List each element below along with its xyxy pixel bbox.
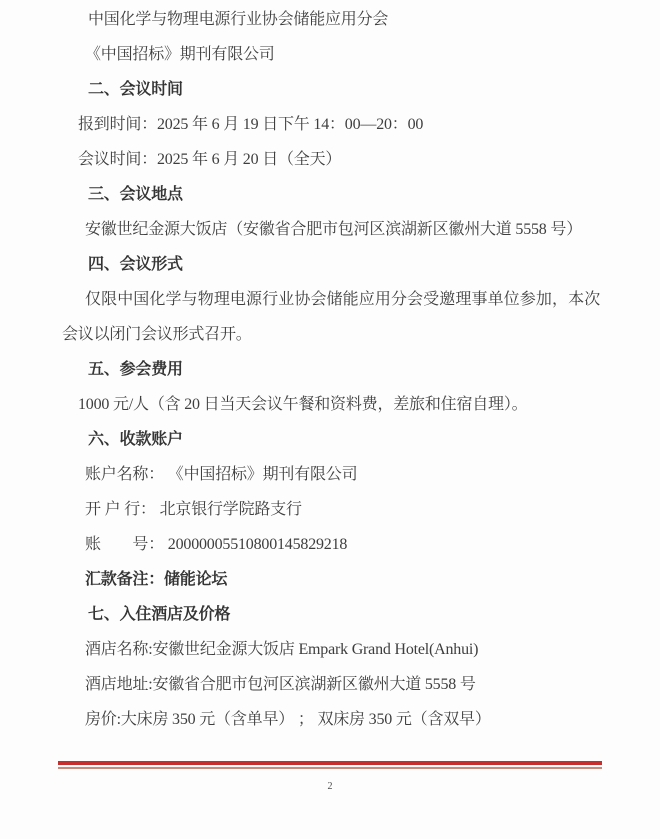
venue-address-line: 安徽世纪金源大饭店（安徽省合肥市包河区滨湖新区徽州大道 5558 号）	[62, 212, 600, 247]
meeting-time-line: 会议时间：2025 年 6 月 20 日（全天）	[62, 142, 600, 177]
footer-divider	[58, 761, 602, 769]
account-name-line: 账户名称： 《中国招标》期刊有限公司	[62, 457, 600, 492]
section-heading-meeting-time: 二、会议时间	[62, 72, 600, 107]
section-heading-payment-account: 六、收款账户	[62, 422, 600, 457]
section-heading-fee: 五、参会费用	[62, 352, 600, 387]
document-body: 中国化学与物理电源行业协会储能应用分会 《中国招标》期刊有限公司 二、会议时间 …	[62, 2, 600, 737]
checkin-time-line: 报到时间：2025 年 6 月 19 日下午 14：00—20：00	[62, 107, 600, 142]
bank-branch-line: 开 户 行： 北京银行学院路支行	[62, 492, 600, 527]
room-price-line: 房价:大床房 350 元（含单早） ； 双床房 350 元（含双早）	[62, 702, 600, 737]
hotel-name-line: 酒店名称:安徽世纪金源大饭店 Empark Grand Hotel(Anhui)	[62, 632, 600, 667]
section-heading-meeting-format: 四、会议形式	[62, 247, 600, 282]
organizer-line-2: 《中国招标》期刊有限公司	[62, 37, 600, 72]
page-number: 2	[0, 781, 660, 792]
organizer-line-1: 中国化学与物理电源行业协会储能应用分会	[62, 2, 600, 37]
meeting-format-paragraph: 仅限中国化学与物理电源行业协会储能应用分会受邀理事单位参加，本次会议以闭门会议形…	[62, 282, 600, 352]
hotel-address-line: 酒店地址:安徽省合肥市包河区滨湖新区徽州大道 5558 号	[62, 667, 600, 702]
section-heading-meeting-venue: 三、会议地点	[62, 177, 600, 212]
document-page: 中国化学与物理电源行业协会储能应用分会 《中国招标》期刊有限公司 二、会议时间 …	[0, 0, 660, 839]
remittance-note-line: 汇款备注：储能论坛	[62, 562, 600, 597]
fee-line: 1000 元/人（含 20 日当天会议午餐和资料费，差旅和住宿自理）。	[62, 387, 600, 422]
section-heading-hotel: 七、入住酒店及价格	[62, 597, 600, 632]
account-number-line: 账 号： 20000005510800145829218	[62, 527, 600, 562]
footer-rule-thin	[58, 767, 602, 769]
